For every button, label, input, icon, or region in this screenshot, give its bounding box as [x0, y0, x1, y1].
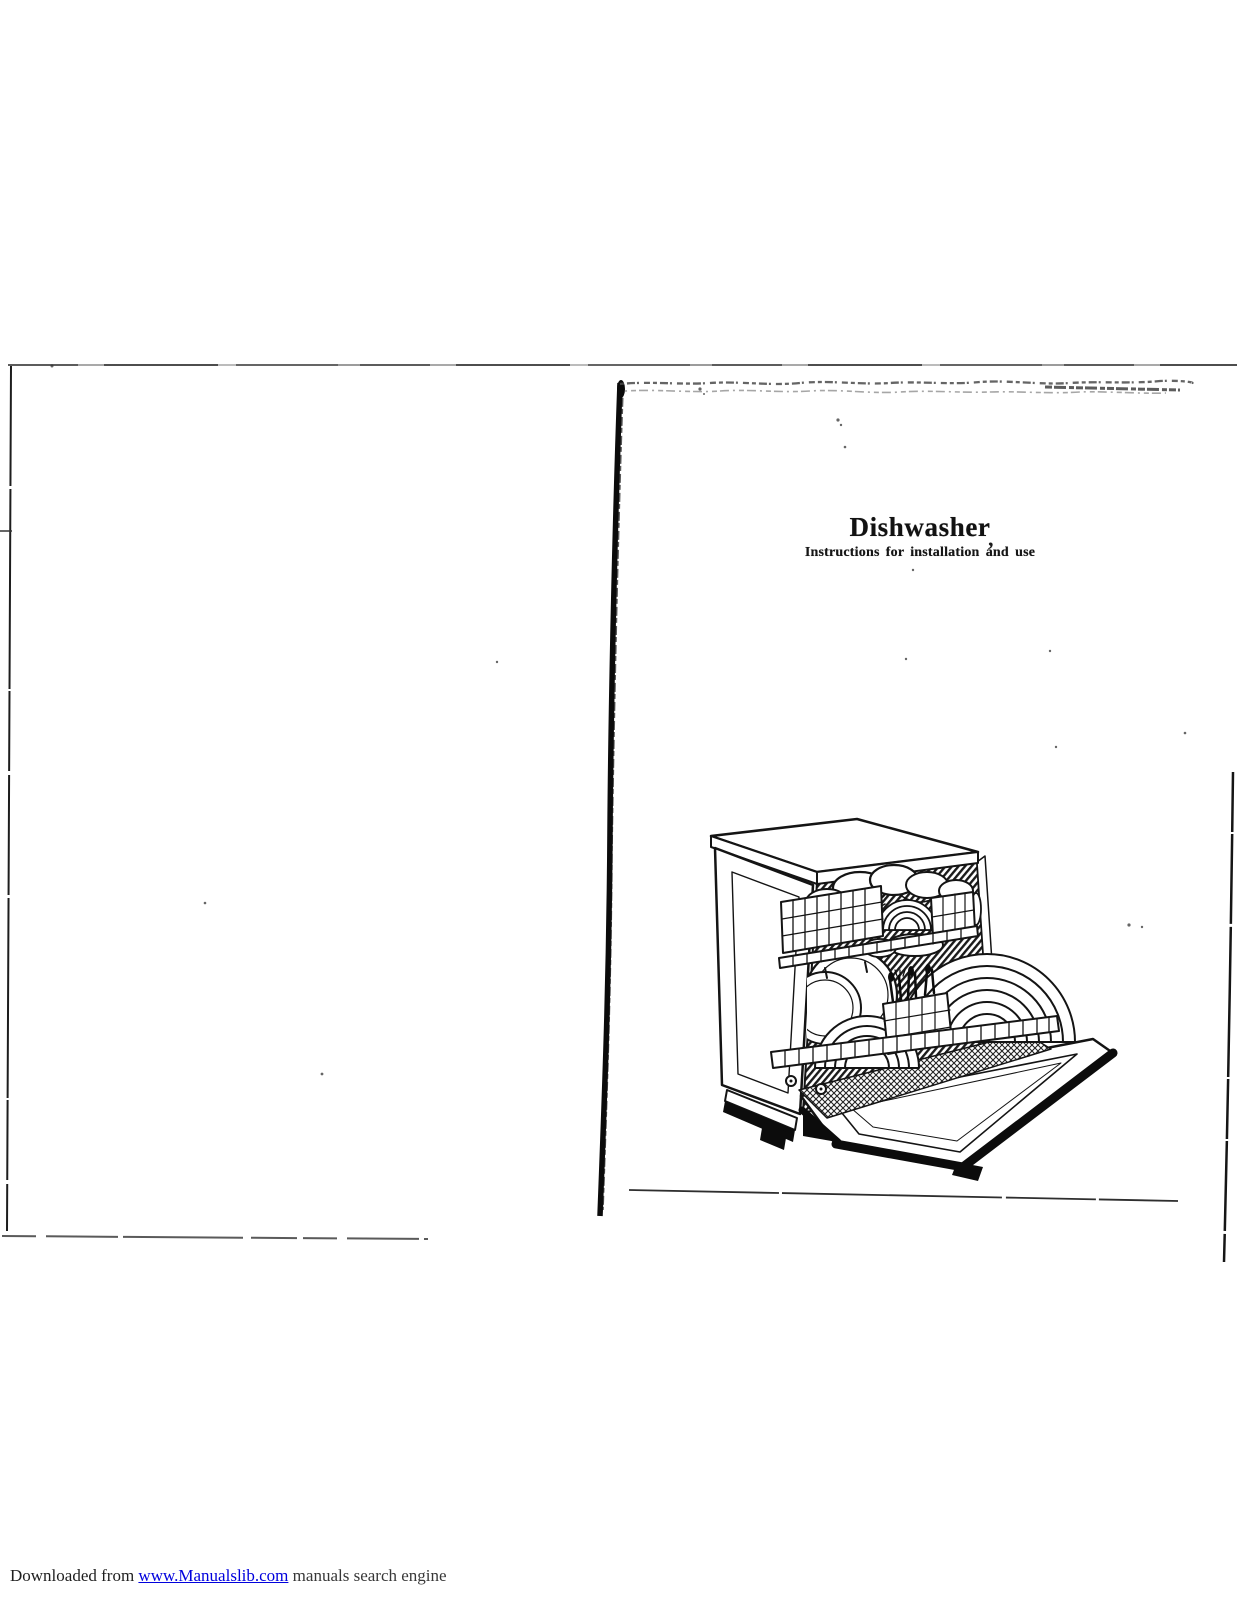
left-page-borders	[0, 366, 428, 1239]
scan-artifact-comma: ,	[988, 526, 994, 552]
footer-suffix: manuals search engine	[288, 1566, 446, 1585]
scan-noise-band	[620, 381, 1193, 393]
top-scan-edge-line	[8, 364, 1237, 366]
scan-artwork-layer	[0, 0, 1237, 1600]
manualslib-link[interactable]: www.Manualslib.com	[138, 1566, 288, 1585]
scan-specks	[51, 365, 1187, 1076]
page-subtitle: Instructions for installation and use	[779, 545, 1061, 561]
scanned-manual-page: { "document": { "title": "Dishwasher", "…	[0, 0, 1237, 1600]
illustration-bottom-rule	[629, 1190, 1178, 1201]
title-block: Dishwasher Instructions for installation…	[779, 512, 1061, 561]
page-fold-line	[600, 380, 625, 1216]
dishwasher-illustration	[711, 819, 1113, 1181]
footer-prefix: Downloaded from	[10, 1566, 138, 1585]
right-page-edge-line	[1224, 772, 1233, 1262]
page-title: Dishwasher	[779, 512, 1061, 543]
footer: Downloaded from www.Manualslib.com manua…	[10, 1566, 447, 1586]
